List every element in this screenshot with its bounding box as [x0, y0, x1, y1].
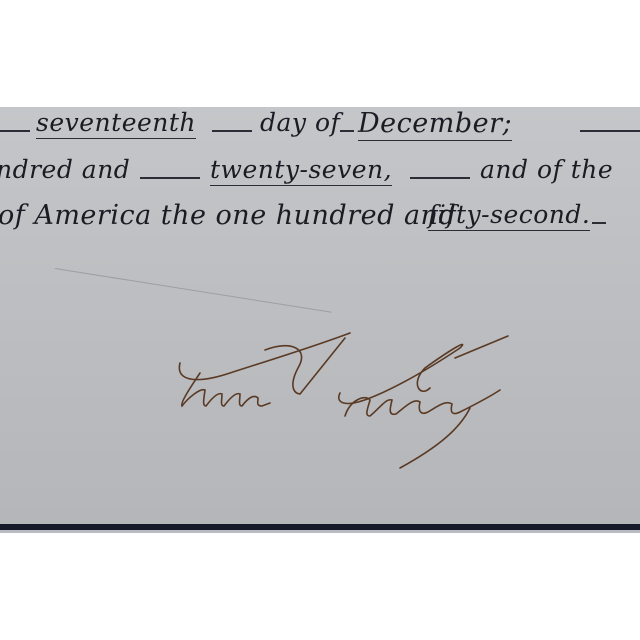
- text-line-2: ndred and twenty-seven, and of the: [0, 155, 640, 195]
- year-value: twenty-seven,: [210, 155, 392, 186]
- fill-dash: [410, 177, 470, 179]
- america-text: of America the one hundred and: [0, 200, 456, 231]
- fill-dash: [0, 130, 30, 132]
- text-line-3: of America the one hundred and fifty-sec…: [0, 200, 640, 240]
- fill-dash: [212, 130, 252, 132]
- text-line-1: seventeenth day of December;: [0, 108, 640, 148]
- day-of-label: day of: [260, 108, 340, 137]
- fill-dash: [140, 177, 200, 179]
- month-value: December;: [358, 108, 512, 141]
- signature-calvin-coolidge: [170, 328, 520, 478]
- day-value: seventeenth: [36, 108, 196, 139]
- and-of-the-text: and of the: [480, 155, 613, 184]
- document-border-edge: [0, 530, 640, 533]
- hundred-and-text: ndred and: [0, 155, 130, 184]
- fill-dash: [580, 130, 640, 132]
- fill-dash: [340, 130, 354, 132]
- fill-dash: [592, 222, 606, 224]
- independence-year-value: fifty-second.: [428, 200, 590, 231]
